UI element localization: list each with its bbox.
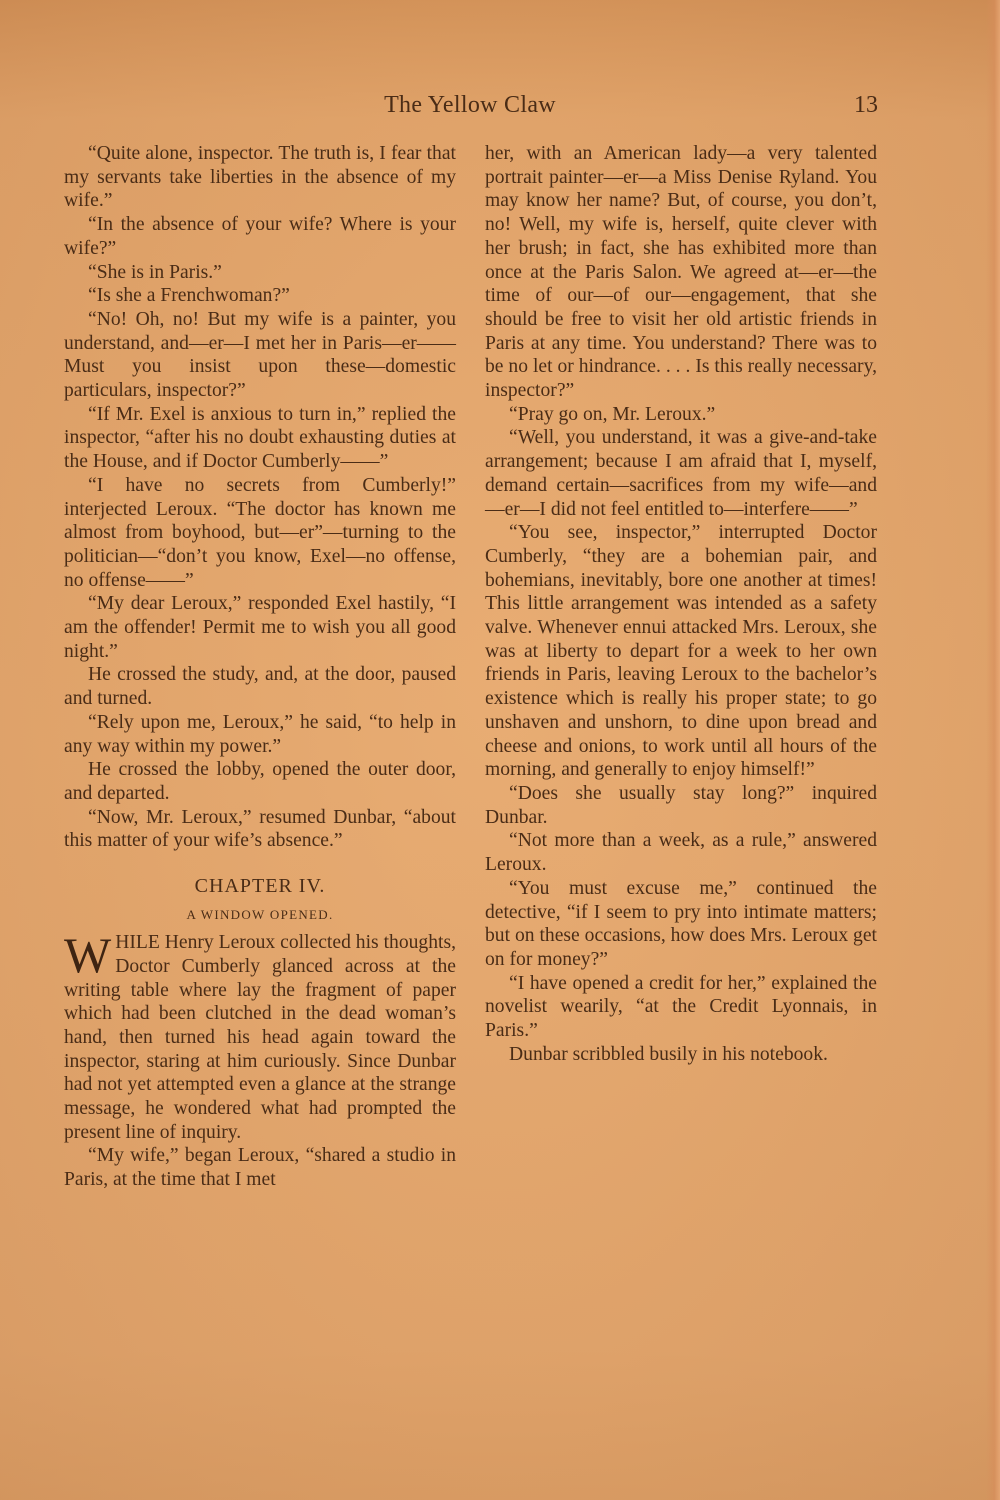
paragraph: He crossed the study, and, at the door, …	[64, 663, 456, 710]
right-column: her, with an American lady—a very talent…	[485, 142, 877, 1066]
paragraph: “Quite alone, inspector. The truth is, I…	[64, 142, 456, 213]
paragraph: “Is she a Frenchwoman?”	[64, 284, 456, 308]
chapter-subtitle: A WINDOW OPENED.	[64, 907, 456, 923]
paragraph: “I have opened a credit for her,” explai…	[485, 972, 877, 1043]
paragraph: “Rely upon me, Leroux,” he said, “to hel…	[64, 711, 456, 758]
paragraph: “If Mr. Exel is anxious to turn in,” rep…	[64, 403, 456, 474]
running-title: The Yellow Claw	[62, 92, 878, 119]
paragraph: “My wife,” began Leroux, “shared a studi…	[64, 1144, 456, 1191]
page-edge	[986, 0, 1000, 1500]
paragraph: He crossed the lobby, opened the outer d…	[64, 758, 456, 805]
paragraph: “My dear Leroux,” responded Exel hastily…	[64, 592, 456, 663]
paragraph: “She is in Paris.”	[64, 261, 456, 285]
page-header: The Yellow Claw 13	[62, 90, 878, 126]
paragraph: “Well, you understand, it was a give-and…	[485, 426, 877, 521]
paragraph: “Does she usually stay long?” inquired D…	[485, 782, 877, 829]
paragraph: “Not more than a week, as a rule,” answe…	[485, 829, 877, 876]
paragraph: “No! Oh, no! But my wife is a painter, y…	[64, 308, 456, 403]
paragraph: “In the absence of your wife? Where is y…	[64, 213, 456, 260]
paragraph: “You must excuse me,” continued the dete…	[485, 877, 877, 972]
book-page: The Yellow Claw 13 “Quite alone, inspect…	[0, 0, 1000, 1500]
opening-paragraph: WHILE Henry Leroux collected his thought…	[64, 931, 456, 1144]
chapter-title: CHAPTER IV.	[64, 874, 456, 898]
left-column: “Quite alone, inspector. The truth is, I…	[64, 142, 456, 1192]
paragraph: “Now, Mr. Leroux,” resumed Dunbar, “abou…	[64, 806, 456, 853]
continued-paragraph: her, with an American lady—a very talent…	[485, 142, 877, 403]
opening-paragraph-text: HILE Henry Leroux collected his thoughts…	[64, 932, 456, 1143]
paragraph: “You see, inspector,” interrupted Doctor…	[485, 521, 877, 782]
paragraph: “I have no secrets from Cumberly!” inter…	[64, 474, 456, 593]
paragraph: Dunbar scribbled busily in his notebook.	[485, 1043, 877, 1067]
drop-cap: W	[64, 935, 111, 977]
paragraph: “Pray go on, Mr. Leroux.”	[485, 403, 877, 427]
page-number: 13	[854, 92, 878, 119]
